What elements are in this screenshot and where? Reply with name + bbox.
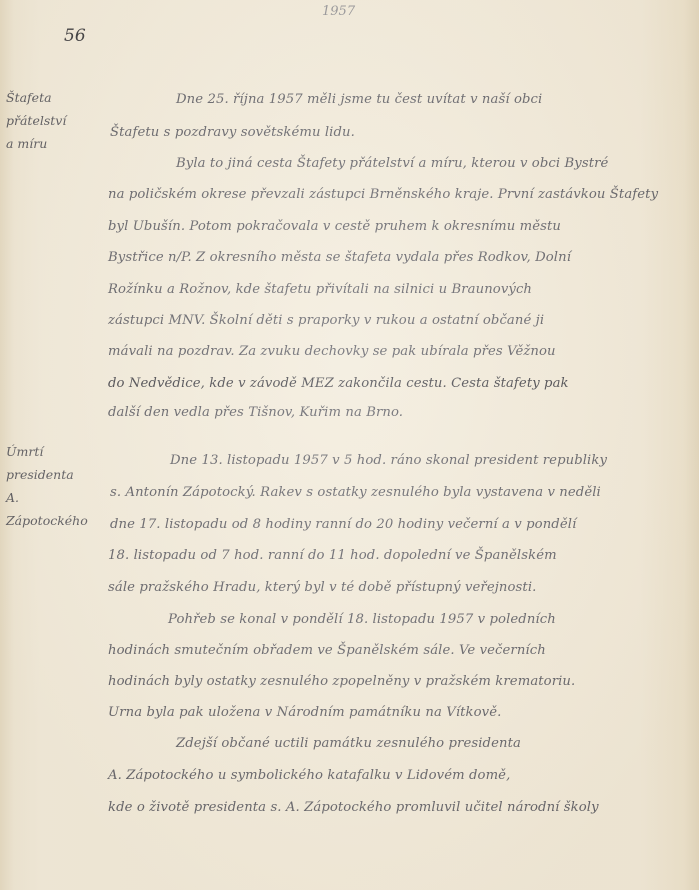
margin-note-line: A. Zápotockého bbox=[6, 486, 98, 532]
body-line: dne 17. listopadu od 8 hodiny ranní do 2… bbox=[110, 517, 576, 532]
body-line: byl Ubušín. Potom pokračovala v cestě pr… bbox=[108, 219, 561, 234]
body-line: s. Antonín Zápotocký. Rakev s ostatky ze… bbox=[110, 485, 601, 500]
page-number: 56 bbox=[64, 26, 86, 46]
body-line: zástupci MNV. Školní děti s praporky v r… bbox=[108, 313, 544, 328]
body-line: hodinách smutečním obřadem ve Španělském… bbox=[108, 643, 546, 658]
margin-note-line: Štafeta bbox=[6, 86, 98, 109]
year-header: 1957 bbox=[322, 4, 355, 19]
body-line: mávali na pozdrav. Za zvuku dechovky se … bbox=[108, 344, 556, 359]
margin-note-line: presidenta bbox=[6, 463, 98, 486]
body-line: A. Zápotockého u symbolického katafalku … bbox=[108, 768, 510, 783]
body-line: 18. listopadu od 7 hod. ranní do 11 hod.… bbox=[108, 548, 557, 563]
body-line: Byla to jiná cesta Štafety přátelství a … bbox=[176, 156, 608, 171]
body-line: Dne 13. listopadu 1957 v 5 hod. ráno sko… bbox=[170, 453, 607, 468]
chronicle-page: 1957 56 Štafeta přátelství a míru Úmrtí … bbox=[0, 0, 699, 890]
body-line: Dne 25. října 1957 měli jsme tu čest uví… bbox=[176, 92, 542, 107]
body-line: do Nedvědice, kde v závodě MEZ zakončila… bbox=[108, 376, 569, 391]
body-line: na poličském okrese převzali zástupci Br… bbox=[108, 187, 658, 202]
margin-note-relay: Štafeta přátelství a míru bbox=[6, 86, 98, 155]
body-line: Rožínku a Rožnov, kde štafetu přivítali … bbox=[108, 282, 532, 297]
body-line: Pohřeb se konal v pondělí 18. listopadu … bbox=[168, 612, 556, 627]
body-line: Zdejší občané uctili památku zesnulého p… bbox=[176, 736, 521, 751]
margin-note-line: Úmrtí bbox=[6, 440, 98, 463]
margin-note-line: a míru bbox=[6, 132, 98, 155]
body-line: hodinách byly ostatky zesnulého zpopelně… bbox=[108, 674, 575, 689]
body-line: kde o životě presidenta s. A. Zápotockéh… bbox=[108, 800, 599, 815]
body-line: sále pražského Hradu, který byl v té dob… bbox=[108, 580, 536, 595]
body-line: další den vedla přes Tišnov, Kuřim na Br… bbox=[108, 405, 403, 420]
margin-note-president-death: Úmrtí presidenta A. Zápotockého bbox=[6, 440, 98, 532]
body-line: Štafetu s pozdravy sovětskému lidu. bbox=[110, 125, 355, 140]
margin-note-line: přátelství bbox=[6, 109, 98, 132]
body-line: Urna byla pak uložena v Národním památní… bbox=[108, 705, 501, 720]
body-line: Bystřice n/P. Z okresního města se štafe… bbox=[108, 250, 571, 265]
